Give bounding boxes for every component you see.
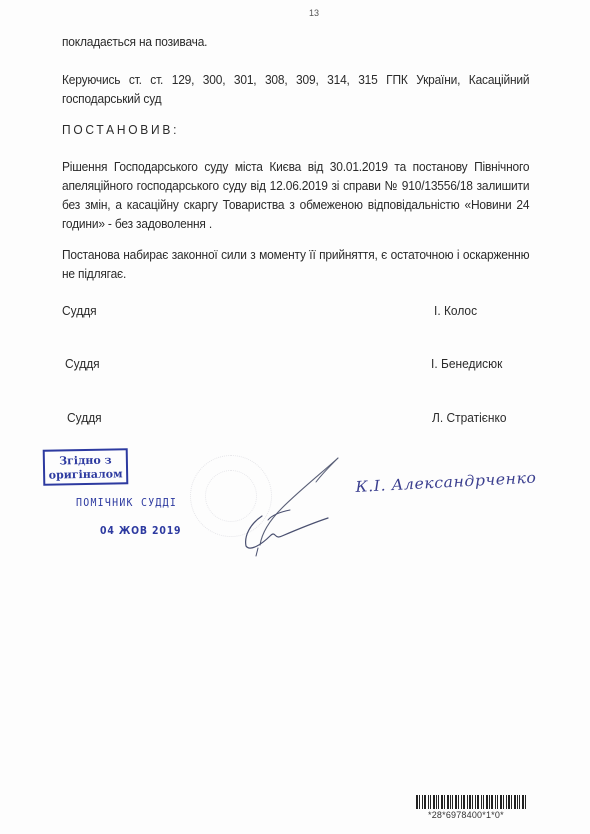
legal-basis-paragraph: Керуючись ст. ст. 129, 300, 301, 308, 30…	[62, 70, 529, 108]
page-number: 13	[309, 8, 319, 18]
judge-name: Л. Стратієнко	[432, 410, 507, 425]
carryover-paragraph: покладається на позивача.	[62, 32, 493, 51]
judge-title: Суддя	[67, 410, 102, 425]
stamp-line-1: Згідно з	[45, 453, 126, 468]
judge-row: Суддя І. Колос	[0, 303, 590, 323]
judge-title: Суддя	[62, 303, 97, 318]
stamp-date: 04 ЖОВ 2019	[100, 524, 181, 537]
assistant-judge-stamp: ПОМІЧНИК СУДДІ	[76, 496, 177, 509]
document-page: 13 покладається на позивача. Керуючись с…	[0, 0, 590, 834]
judge-title: Суддя	[65, 356, 100, 371]
court-seal-inner-ring	[205, 470, 257, 522]
resolved-heading: ПОСТАНОВИВ:	[62, 120, 493, 139]
judge-name: І. Бенедисюк	[431, 356, 502, 371]
court-seal	[190, 455, 272, 537]
certified-copy-stamp: Згідно з оригіналом	[43, 448, 129, 485]
stamp-line-2: оригіналом	[45, 467, 126, 482]
handwritten-signature: К.І. Александрченко	[355, 469, 537, 496]
decision-paragraph: Рішення Господарського суду міста Києва …	[62, 157, 529, 233]
judge-name: І. Колос	[434, 303, 477, 318]
barcode-number: *28*6978400*1*0*	[428, 810, 504, 820]
legal-effect-paragraph: Постанова набирає законної сили з момент…	[62, 245, 529, 283]
judge-row: Суддя Л. Стратієнко	[0, 410, 590, 430]
judge-row: Суддя І. Бенедисюк	[0, 356, 590, 376]
barcode	[416, 795, 566, 809]
